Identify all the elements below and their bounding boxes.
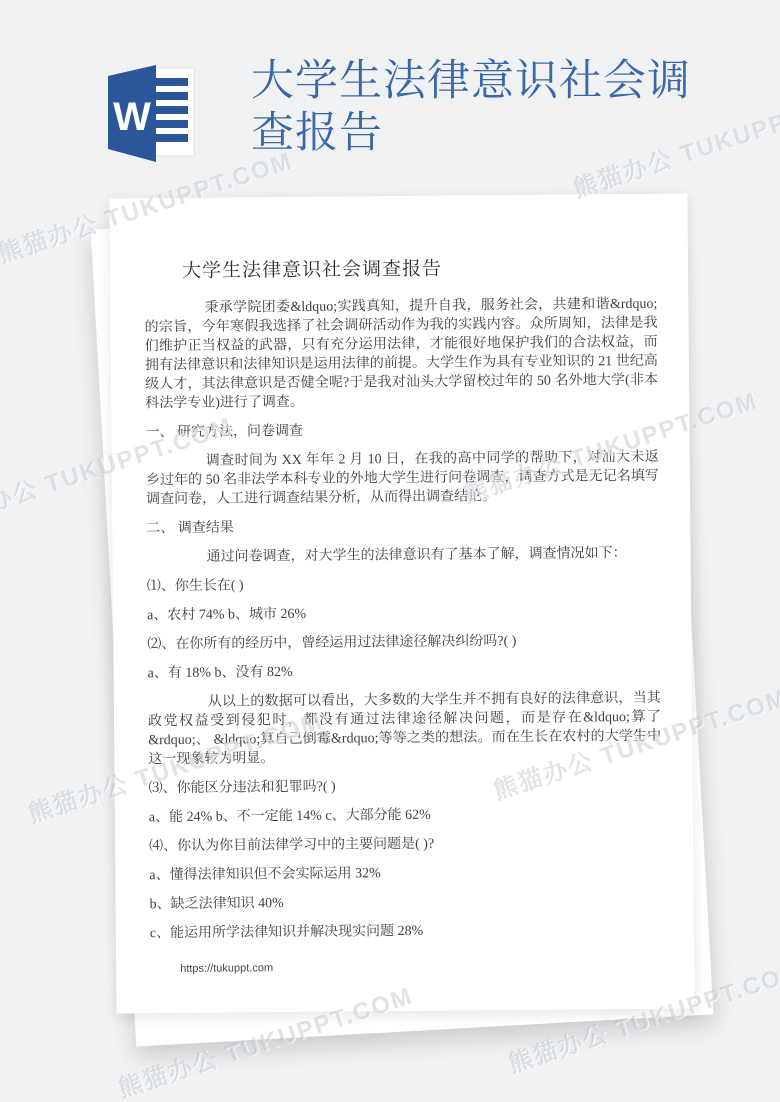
document-paragraph: b、缺乏法律知识 40% (150, 891, 663, 914)
document-paragraph: c、能运用所学法律知识并解决现实问题 28% (150, 920, 663, 943)
document-paragraph: 一、 研究方法，问卷调查 (145, 419, 658, 442)
document-paragraph: 通过问卷调查，对大学生的法律意识有了基本了解，调查情况如下： (147, 544, 660, 567)
document-paragraph: a、懂得法律知识但不会实际运用 32% (149, 862, 662, 885)
document-page: 大学生法律意识社会调查报告 秉承学院团委&ldquo;实践真知，提升自我，服务社… (109, 193, 694, 1013)
document-paragraph: a、农村 74% b、城市 26% (147, 602, 660, 625)
document-footer-url: https://tukuppt.com (180, 962, 273, 975)
document-paragraph: 秉承学院团委&ldquo;实践真知，提升自我，服务社会，共建和谐&rdquo;的… (144, 295, 658, 413)
file-title-line1: 大学生法律意识社会调 (251, 57, 691, 105)
word-file-icon: W (106, 62, 198, 162)
document-paragraph: ⑴、你生长在( ) (147, 573, 660, 596)
document-preview-page: W 大学生法律意识社会调 查报告 大学生法律意识社会调查报告 秉承学院团委&ld… (0, 0, 780, 1102)
file-title: 大学生法律意识社会调 查报告 (251, 55, 721, 159)
document-title: 大学生法律意识社会调查报告 (182, 252, 657, 283)
document-paragraph: ⑵、在你所有的经历中，曾经运用过法律途径解决纠纷吗?( ) (147, 631, 660, 654)
document-paragraph: 二、 调查结果 (146, 515, 659, 538)
word-icon-letter: W (113, 95, 151, 139)
document-paragraph: a、能 24% b、不一定能 14% c、大部分能 62% (149, 804, 662, 827)
document-paragraphs: 秉承学院团委&ldquo;实践真知，提升自我，服务社会，共建和谐&rdquo;的… (144, 295, 663, 943)
file-title-line2: 查报告 (251, 109, 383, 157)
document-paragraph: 调查时间为 XX 年年 2 月 10 日，在我的高中同学的帮助下，对汕大未返乡过… (146, 448, 659, 509)
document-content: 大学生法律意识社会调查报告 秉承学院团委&ldquo;实践真知，提升自我，服务社… (109, 193, 694, 1013)
document-paragraph: 从以上的数据可以看出，大多数的大学生并不拥有良好的法律意识，当其政党权益受到侵犯… (148, 689, 662, 769)
document-paragraph: ⑶、你能区分违法和犯罪吗?( ) (149, 775, 662, 798)
document-paragraph: a、有 18% b、没有 82% (148, 660, 661, 683)
document-paragraph: ⑷、你认为你目前法律学习中的主要问题是( )? (149, 833, 662, 856)
